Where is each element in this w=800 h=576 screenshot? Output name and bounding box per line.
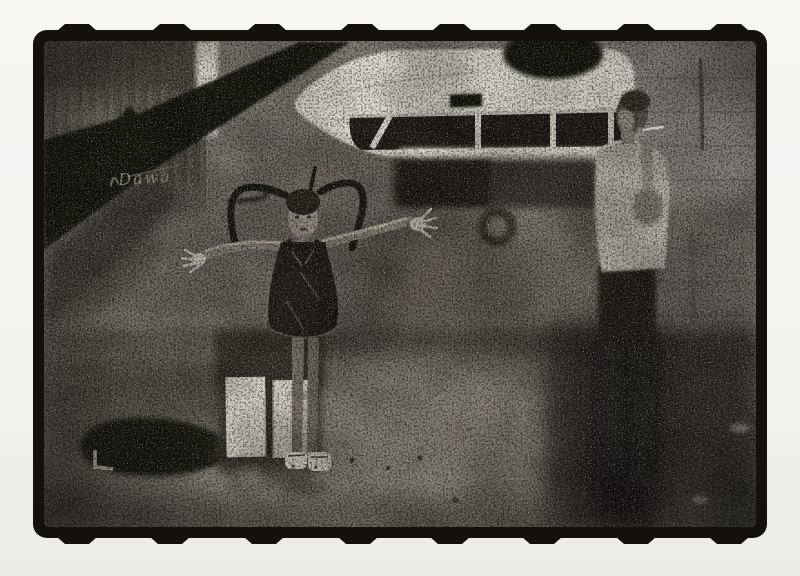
scene: Dawa [30, 29, 756, 527]
photo-print: Dawa [0, 0, 800, 576]
vignette-overlay [44, 41, 756, 527]
photograph: Dawa [0, 0, 800, 576]
border-notches-top [57, 24, 749, 31]
border-notches-bottom [57, 537, 749, 544]
